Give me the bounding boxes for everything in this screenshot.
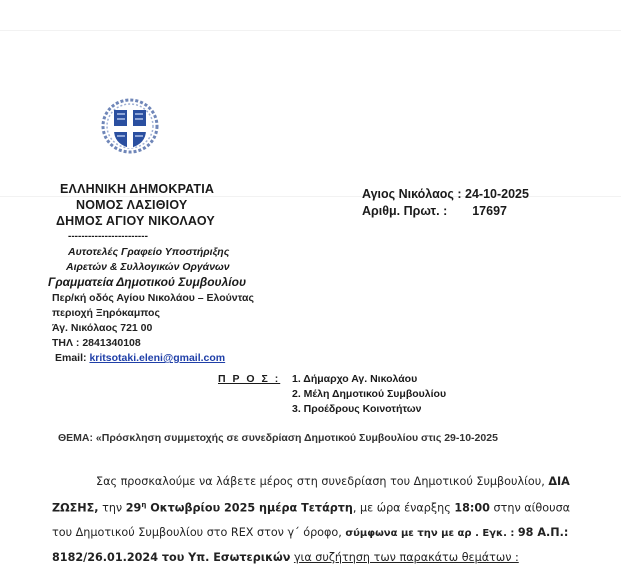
header-municipality: ΔΗΜΟΣ ΑΓΙΟΥ ΝΙΚΟΛΑΟΥ bbox=[56, 214, 215, 228]
email-label: Email: bbox=[55, 352, 87, 364]
recipient-item: 3. Προέδρους Κοινοτήτων bbox=[292, 403, 422, 415]
body-line-1: Σας προσκαλούμε να λάβετε μέρος στη συνε… bbox=[96, 475, 570, 488]
place-date: Αγιος Νικόλαος : 24-10-2025 bbox=[362, 187, 529, 201]
body-text-bold: 18:00 bbox=[454, 502, 490, 515]
protocol-label: Αριθμ. Πρωτ. : bbox=[362, 204, 447, 218]
email-link[interactable]: kritsotaki.eleni@gmail.com bbox=[89, 352, 225, 364]
protocol-row: Αριθμ. Πρωτ. : 17697 bbox=[362, 204, 507, 218]
body-line-3: του Δημοτικού Συμβουλίου στο REX στον γ΄… bbox=[52, 526, 568, 539]
subject: ΘΕΜΑ: «Πρόσκληση συμμετοχής σε συνεδρίασ… bbox=[58, 432, 498, 444]
recipient-item: 1. Δήμαρχο Αγ. Νικολάου bbox=[292, 373, 417, 385]
body-text-bold: ΔΙΑ bbox=[548, 475, 569, 488]
body-text-bold: σύμφωνα με την με αρ . Εγκ. : bbox=[345, 528, 517, 539]
office-line-2: Αιρετών & Συλλογικών Οργάνων bbox=[66, 261, 230, 273]
protocol-number: 17697 bbox=[472, 204, 507, 218]
body-text: την bbox=[99, 502, 126, 515]
body-text-bold: ΖΩΣΗΣ, bbox=[52, 502, 99, 515]
body-line-4: 8182/26.01.2024 του Υπ. Εσωτερικών για σ… bbox=[52, 551, 519, 564]
address-line-3: Άγ. Νικόλαος 721 00 bbox=[52, 322, 152, 334]
office-line-1: Αυτοτελές Γραφείο Υποστήριξης bbox=[68, 246, 229, 258]
phone: ΤΗΛ : 2841340108 bbox=[52, 337, 141, 349]
recipient-item: 2. Μέλη Δημοτικού Συμβουλίου bbox=[292, 388, 446, 400]
body-text: του Δημοτικού Συμβουλίου στο REX στον γ΄… bbox=[52, 526, 345, 539]
email-row: Email: kritsotaki.eleni@gmail.com bbox=[55, 352, 225, 364]
header-separator: ------------------------ bbox=[68, 231, 148, 242]
body-text-bold: Οκτωβρίου 2025 ημέρα Τετάρτη bbox=[146, 502, 353, 515]
address-line-2: περιοχή Ξηρόκαμπος bbox=[52, 307, 160, 319]
office-line-3: Γραμματεία Δημοτικού Συμβουλίου bbox=[48, 275, 246, 289]
greek-coat-of-arms-icon bbox=[98, 96, 162, 156]
header-republic: ΕΛΛΗΝΙΚΗ ΔΗΜΟΚΡΑΤΙΑ bbox=[60, 182, 214, 196]
header-prefecture: ΝΟΜΟΣ ΛΑΣΙΘΙΟΥ bbox=[76, 198, 187, 212]
body-text-bold: 8182/26.01.2024 του Υπ. Εσωτερικών bbox=[52, 551, 290, 564]
body-text-bold: 29 bbox=[126, 502, 142, 515]
body-line-2: ΖΩΣΗΣ, την 29η Οκτωβρίου 2025 ημέρα Τετά… bbox=[52, 501, 570, 515]
address-line-1: Περ/κή οδός Αγίου Νικολάου – Ελούντας bbox=[52, 292, 254, 304]
body-text: στην αίθουσα bbox=[490, 502, 570, 515]
recipients-label: Π Ρ Ο Σ : bbox=[218, 373, 280, 385]
body-text-underlined: για συζήτηση των παρακάτω θεμάτων : bbox=[294, 551, 519, 564]
body-text: , με ώρα έναρξης bbox=[353, 502, 454, 515]
body-text: Σας προσκαλούμε να λάβετε μέρος στη συνε… bbox=[96, 475, 548, 488]
body-text-bold: 98 Α.Π.: bbox=[518, 526, 568, 539]
